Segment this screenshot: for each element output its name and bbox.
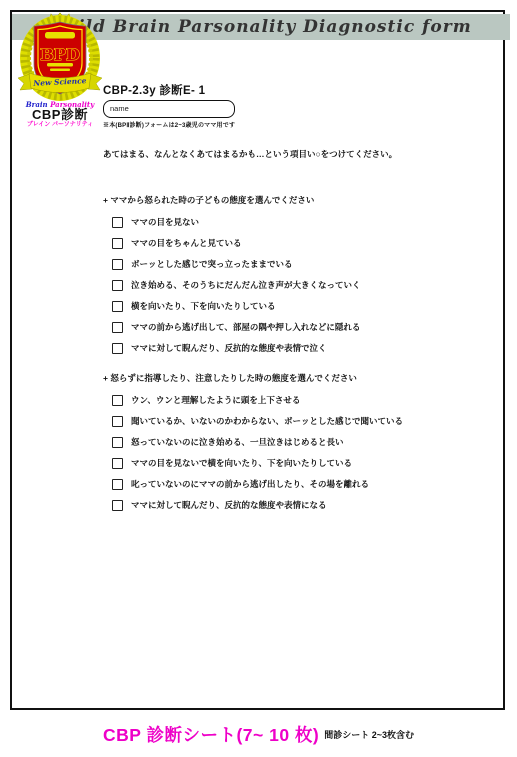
checkbox-label: ママに対して睨んだり、反抗的な態度や表情になる (131, 499, 327, 511)
checkbox-label: 横を向いたり、下を向いたりしている (131, 300, 276, 312)
bpd-badge-icon: BPD New Science (16, 12, 104, 105)
brand-kana-label: ブレイン パーソナリティ (13, 122, 107, 128)
checkbox-label: ママに対して睨んだり、反抗的な態度や表情で泣く (131, 342, 327, 354)
form-content: CBP-2.3y 診断E- 1 ※本(BPⅡ診断)フォームは2~3歳児のママ用で… (103, 82, 499, 510)
section-scolded-attitude: + ママから怒られた時の子どもの態度を選んでください ママの目を見ない ママの目… (103, 194, 499, 353)
checkbox-item: ウン、ウンと理解したように頭を上下させる (112, 395, 499, 405)
checkbox-label: 泣き始める、そのうちにだんだん泣き声が大きくなっていく (131, 279, 361, 291)
brand-logo: BPD New Science Brain Parsonality CBP診断 … (13, 12, 107, 128)
footer-sheet-note: 間診シート 2~3枚含む (324, 730, 414, 740)
checkbox-item: 怒っていないのに泣き始める、一旦泣きはじめると長い (112, 437, 499, 447)
checkbox[interactable] (112, 437, 123, 448)
section-heading: + 怒らずに指導したり、注意したりした時の態度を選んでください (103, 372, 499, 384)
checkbox-label: ママの目をちゃんと見ている (131, 237, 242, 249)
checkbox-item: ママの前から逃げ出して、部屋の隅や押し入れなどに隠れる (112, 322, 499, 332)
checkbox-item: 聞いているか、いないのかわからない、ボーッとした感じで聞いている (112, 416, 499, 426)
checkbox-item: ママに対して睨んだり、反抗的な態度や表情で泣く (112, 343, 499, 353)
checkbox-item: 泣き始める、そのうちにだんだん泣き声が大きくなっていく (112, 280, 499, 290)
checkbox-item: 横を向いたり、下を向いたりしている (112, 301, 499, 311)
checkbox[interactable] (112, 479, 123, 490)
badge-bpd-text: BPD (40, 45, 80, 64)
footer: CBP 診断シート(7~ 10 枚)間診シート 2~3枚含む (0, 722, 517, 747)
checkbox[interactable] (112, 395, 123, 406)
section-guided-attitude: + 怒らずに指導したり、注意したりした時の態度を選んでください ウン、ウンと理解… (103, 372, 499, 510)
checkbox[interactable] (112, 238, 123, 249)
checkbox-item: ママの目をちゃんと見ている (112, 238, 499, 248)
section-heading: + ママから怒られた時の子どもの態度を選んでください (103, 194, 499, 206)
checkbox-label: ママの目を見ないで横を向いたり、下を向いたりしている (131, 457, 352, 469)
page-title: Child Brain Parsonality Diagnostic form (50, 17, 471, 37)
checkbox-label: ママの前から逃げ出して、部屋の隅や押し入れなどに隠れる (131, 321, 360, 333)
form-note: ※本(BPⅡ診断)フォームは2~3歳児のママ用です (103, 120, 499, 129)
brand-cbp-label: CBP診断 (13, 108, 107, 122)
checkbox-item: 叱っていないのにママの前から逃げ出したり、その場を離れる (112, 479, 499, 489)
checkbox[interactable] (112, 500, 123, 511)
instruction-text: あてはまる、なんとなくあてはまるかも…という項目い○をつけてください。 (103, 148, 499, 160)
checkbox-item: ママの目を見ない (112, 217, 499, 227)
checkbox[interactable] (112, 217, 123, 228)
checkbox[interactable] (112, 416, 123, 427)
checkbox-label: 叱っていないのにママの前から逃げ出したり、その場を離れる (131, 478, 369, 490)
footer-sheet-title: CBP 診断シート(7~ 10 枚) (103, 725, 319, 745)
form-title: CBP-2.3y 診断E- 1 (103, 82, 499, 98)
checkbox-label: 聞いているか、いないのかわからない、ボーッとした感じで聞いている (131, 415, 403, 427)
checkbox[interactable] (112, 259, 123, 270)
checkbox[interactable] (112, 301, 123, 312)
checkbox[interactable] (112, 280, 123, 291)
checkbox-label: 怒っていないのに泣き始める、一旦泣きはじめると長い (131, 436, 344, 448)
checkbox[interactable] (112, 322, 123, 333)
checkbox[interactable] (112, 343, 123, 354)
name-input[interactable] (103, 100, 235, 118)
checkbox-item: ママの目を見ないで横を向いたり、下を向いたりしている (112, 458, 499, 468)
checkbox-item: ボーッとした感じで突っ立ったままでいる (112, 259, 499, 269)
checkbox-label: ママの目を見ない (131, 216, 199, 228)
checkbox[interactable] (112, 458, 123, 469)
checkbox-label: ウン、ウンと理解したように頭を上下させる (131, 394, 300, 406)
checkbox-item: ママに対して睨んだり、反抗的な態度や表情になる (112, 500, 499, 510)
checkbox-label: ボーッとした感じで突っ立ったままでいる (131, 258, 293, 270)
